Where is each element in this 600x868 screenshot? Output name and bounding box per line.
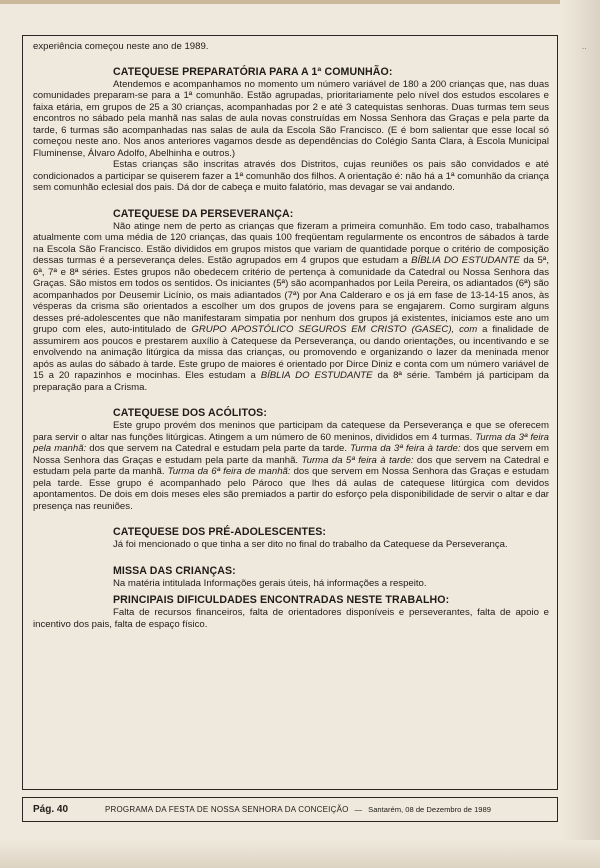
book-title: BÍBLIA DO ESTUDANTE — [261, 370, 373, 381]
heading-perseveranca: CATEQUESE DA PERSEVERANÇA: — [113, 208, 549, 221]
paragraph-acolitos: Este grupo provém dos meninos que partic… — [33, 420, 549, 512]
heading-acolitos: CATEQUESE DOS ACÓLITOS: — [113, 407, 549, 420]
group-name: GRUPO APOSTÓLICO SEGUROS EM CRISTO (GASE… — [191, 324, 477, 335]
heading-pre-adolescentes: CATEQUESE DOS PRÉ-ADOLESCENTES: — [113, 526, 549, 539]
scan-bottom-edge — [0, 840, 600, 868]
paragraph-missa-criancas: Na matéria intitulada Informações gerais… — [33, 578, 549, 590]
intro-line: experiência começou neste ano de 1989. — [33, 41, 549, 53]
paragraph-pre-adolescentes: Já foi mencionado o que tinha a ser dito… — [33, 539, 549, 551]
heading-missa-criancas: MISSA DAS CRIANÇAS: — [113, 565, 549, 578]
text-run: dos que servem na Catedral e estudam pel… — [86, 443, 350, 454]
footer-separator: — — [355, 805, 363, 814]
text-run: Este grupo provém dos meninos que partic… — [33, 420, 549, 443]
heading-primeira-comunhao: CATEQUESE PREPARATÓRIA PARA A 1ª COMUNHÃ… — [113, 66, 549, 79]
book-title: BÍBLIA DO ESTUDANTE — [411, 255, 520, 266]
edge-marks: .. — [582, 42, 586, 51]
article-body: experiência começou neste ano de 1989. C… — [22, 35, 558, 790]
publication-date: Santarém, 08 de Dezembro de 1989 — [368, 805, 491, 814]
publication-title: PROGRAMA DA FESTA DE NOSSA SENHORA DA CO… — [105, 805, 349, 814]
turma-label: Turma da 6ª feira de manhã: — [168, 466, 291, 477]
turma-label: Turma da 5ª feira à tarde: — [301, 455, 413, 466]
turma-label: Turma da 3ª feira à tarde: — [350, 443, 460, 454]
page-number: Pág. 40 — [33, 804, 105, 815]
paragraph-perseveranca: Não atinge nem de perto as crianças que … — [33, 221, 549, 394]
paragraph-primeira-comunhao-2: Estas crianças são inscritas através dos… — [33, 159, 549, 194]
scan-page-edge — [560, 0, 600, 868]
paragraph-dificuldades: Falta de recursos financeiros, falta de … — [33, 607, 549, 630]
paragraph-primeira-comunhao-1: Atendemos e acompanhamos no momento um n… — [33, 79, 549, 160]
scan-top-edge — [0, 0, 600, 4]
page-footer: Pág. 40 PROGRAMA DA FESTA DE NOSSA SENHO… — [22, 797, 558, 822]
heading-dificuldades: PRINCIPAIS DIFICULDADES ENCONTRADAS NEST… — [113, 594, 549, 607]
text-run: da 5ª, 6ª, 7ª e 8ª séries. Estes grupos … — [33, 255, 549, 335]
